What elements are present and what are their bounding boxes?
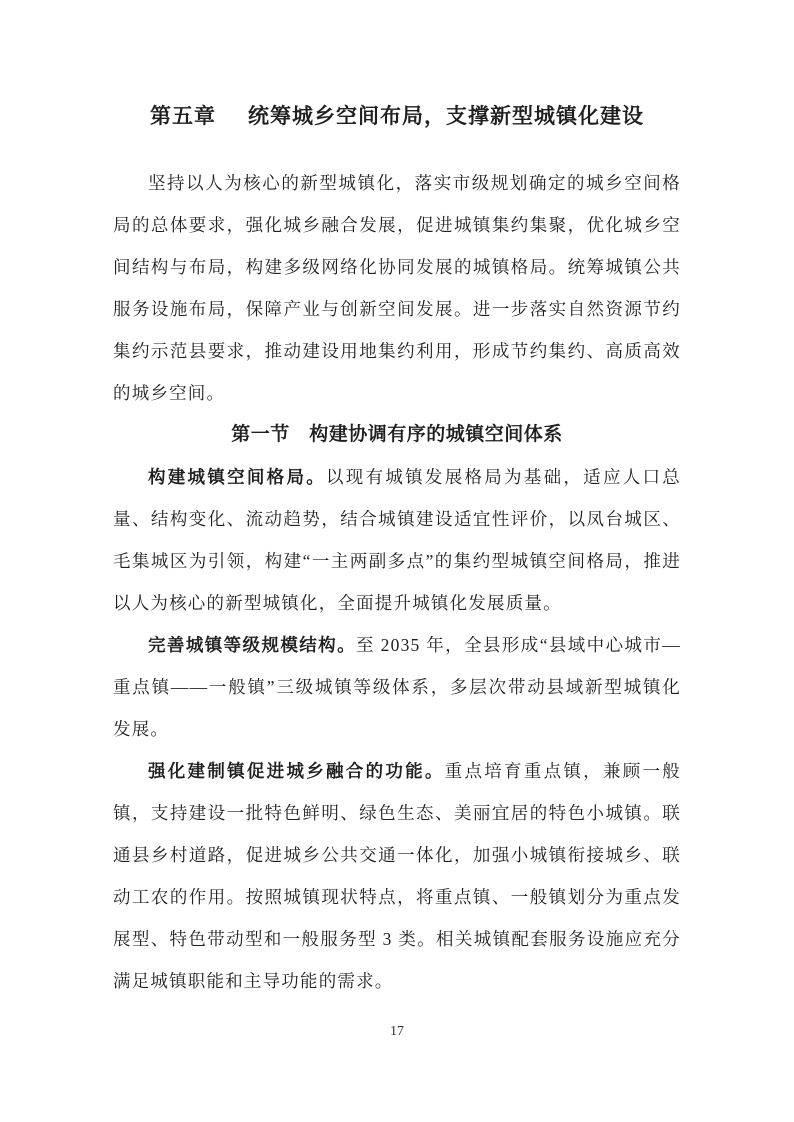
- chapter-title: 第五章统筹城乡空间布局，支撑新型城镇化建设: [113, 96, 681, 138]
- paragraph-text: 重点培育重点镇，兼顾一般镇，支持建设一批特色鲜明、绿色生态、美丽宜居的特色小城镇…: [113, 761, 681, 991]
- page-number: 17: [0, 1024, 794, 1040]
- section-title: 第一节 构建协调有序的城镇空间体系: [113, 414, 681, 456]
- paragraph-intro: 坚持以人为核心的新型城镇化，落实市级规划确定的城乡空间格局的总体要求，强化城乡融…: [113, 162, 681, 414]
- chapter-title-text: 统筹城乡空间布局，支撑新型城镇化建设: [248, 105, 644, 128]
- paragraph-lead: 构建城镇空间格局。: [148, 467, 326, 487]
- paragraph-lead: 强化建制镇促进城乡融合的功能。: [148, 761, 445, 781]
- chapter-number-label: 第五章: [150, 105, 216, 128]
- paragraph-lead: 完善城镇等级规模结构。: [148, 635, 356, 655]
- paragraph-town-hierarchy: 完善城镇等级规模结构。至 2035 年，全县形成“县域中心城市—重点镇——一般镇…: [113, 624, 681, 750]
- document-page: 第五章统筹城乡空间布局，支撑新型城镇化建设 坚持以人为核心的新型城镇化，落实市级…: [0, 0, 794, 1122]
- paragraph-urban-spatial-pattern: 构建城镇空间格局。以现有城镇发展格局为基础，适应人口总量、结构变化、流动趋势，结…: [113, 456, 681, 624]
- paragraph-text: 以现有城镇发展格局为基础，适应人口总量、结构变化、流动趋势，结合城镇建设适宜性评…: [113, 467, 681, 613]
- paragraph-town-functions: 强化建制镇促进城乡融合的功能。重点培育重点镇，兼顾一般镇，支持建设一批特色鲜明、…: [113, 750, 681, 1002]
- paragraph-text: 坚持以人为核心的新型城镇化，落实市级规划确定的城乡空间格局的总体要求，强化城乡融…: [113, 173, 681, 403]
